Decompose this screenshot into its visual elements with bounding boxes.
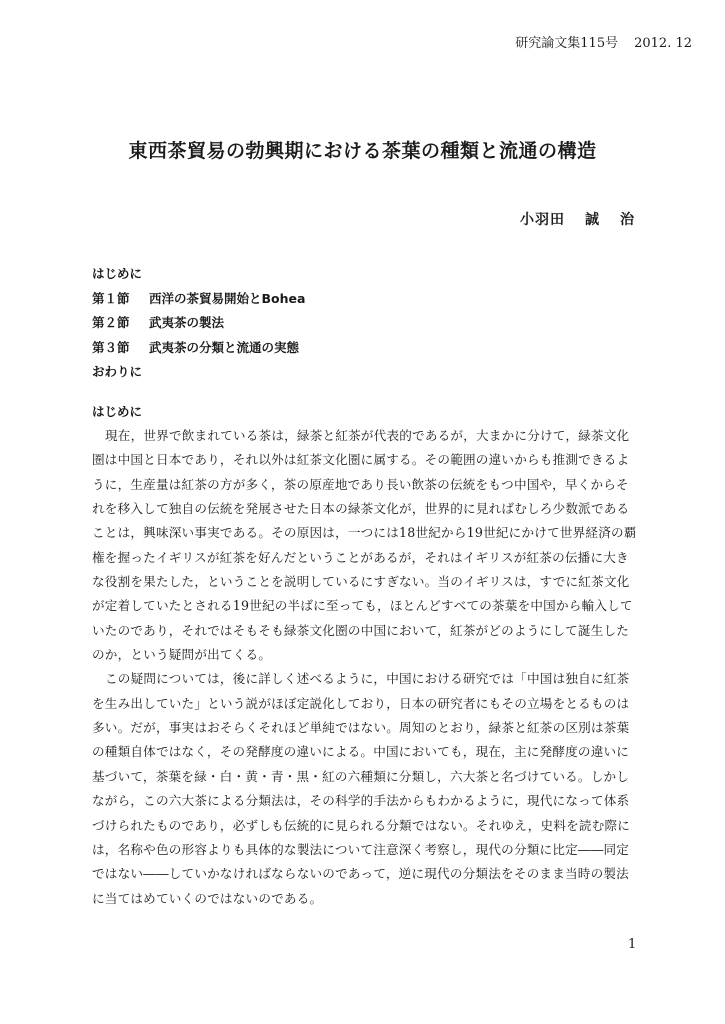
toc-item-section-3: 第３節武夷茶の分類と流通の実態 bbox=[92, 336, 305, 361]
paragraph-line: ではない――していかなければならないのであって，逆に現代の分類法をそのまま当時の… bbox=[92, 862, 637, 886]
paragraph-line: を生み出していた」という説がほぼ定説化しており，日本の研究者にもその立場をとるも… bbox=[92, 692, 637, 716]
toc-label: おわりに bbox=[92, 364, 142, 379]
paragraph-line: 権を握ったイギリスが紅茶を好んだということがあるが，それはイギリスが紅茶の伝播に… bbox=[92, 546, 637, 570]
paragraph-line: 基づいて，茶葉を緑・白・黄・青・黒・紅の六種類に分類し，六大茶と名づけている。し… bbox=[92, 765, 637, 789]
paragraph-line: のか，という疑問が出てくる。 bbox=[92, 643, 637, 667]
toc-number: 第１節 bbox=[92, 287, 149, 312]
toc-item-intro: はじめに bbox=[92, 262, 305, 287]
author-given-2: 治 bbox=[620, 212, 635, 228]
paragraph-line: ことは，興味深い事実である。その原因は，一つには18世紀から19世紀にかけて世界… bbox=[92, 521, 637, 545]
toc-label: 武夷茶の製法 bbox=[149, 315, 224, 330]
paragraph-line: が定着していたとされる19世紀の半ばに至っても，ほとんどすべての茶葉を中国から輸… bbox=[92, 594, 637, 618]
table-of-contents: はじめに 第１節西洋の茶貿易開始とBohea 第２節武夷茶の製法 第３節武夷茶の… bbox=[92, 262, 305, 385]
paragraph-line: の種類自体ではなく，その発酵度の違いによる。中国においても，現在，主に発酵度の違… bbox=[92, 740, 637, 764]
toc-label: 武夷茶の分類と流通の実態 bbox=[149, 340, 299, 355]
toc-number: 第３節 bbox=[92, 336, 149, 361]
author-surname: 小羽田 bbox=[520, 212, 565, 228]
paragraph-line: ながら，この六大茶による分類法は，その科学的手法からもわかるように，現代になって… bbox=[92, 789, 637, 813]
toc-item-section-2: 第２節武夷茶の製法 bbox=[92, 311, 305, 336]
section-heading-intro: はじめに bbox=[92, 402, 142, 420]
paragraph-line: 現在，世界で飲まれている茶は，緑茶と紅茶が代表的であるが，大まかに分けて，緑茶文… bbox=[92, 424, 637, 448]
author-name: 小羽田誠治 bbox=[520, 209, 635, 229]
paragraph-line: いたのであり，それではそもそも緑茶文化圏の中国において，紅茶がどのようにして誕生… bbox=[92, 619, 637, 643]
paragraph-line: づけられたものであり，必ずしも伝統的に見られる分類ではない。それゆえ，史料を読む… bbox=[92, 814, 637, 838]
journal-name: 研究論文集115号 bbox=[515, 36, 618, 51]
paragraph-line: は，名称や色の形容よりも具体的な製法について注意深く考察し，現代の分類に比定――… bbox=[92, 838, 637, 862]
paragraph-line: この疑問については，後に詳しく述べるように，中国における研究では「中国は独自に紅… bbox=[92, 667, 637, 691]
author-given-1: 誠 bbox=[585, 212, 600, 228]
paragraph-line: に当てはめていくのではないのである。 bbox=[92, 887, 637, 911]
body-text: 現在，世界で飲まれている茶は，緑茶と紅茶が代表的であるが，大まかに分けて，緑茶文… bbox=[92, 424, 637, 911]
paragraph-line: 圏は中国と日本であり，それ以外は紅茶文化圏に属する。その範囲の違いからも推測でき… bbox=[92, 448, 637, 472]
paper-title: 東西茶貿易の勃興期における茶葉の種類と流通の構造 bbox=[0, 136, 725, 163]
paragraph-line: な役割を果たした，ということを説明しているにすぎない。当のイギリスは，すでに紅茶… bbox=[92, 570, 637, 594]
toc-label: はじめに bbox=[92, 266, 142, 281]
paper-page: 研究論文集115号2012. 12 東西茶貿易の勃興期における茶葉の種類と流通の… bbox=[0, 0, 725, 1024]
toc-number: 第２節 bbox=[92, 311, 149, 336]
issue-date: 2012. 12 bbox=[634, 36, 692, 51]
paragraph-line: 多い。だが，事実はおそらくそれほど単純ではない。周知のとおり，緑茶と紅茶の区別は… bbox=[92, 716, 637, 740]
paragraph-line: れを移入して独自の伝統を発展させた日本の緑茶文化が，世界的に見ればむしろ少数派で… bbox=[92, 497, 637, 521]
paragraph-line: うに，生産量は紅茶の方が多く，茶の原産地であり長い飲茶の伝統をもつ中国や，早くか… bbox=[92, 473, 637, 497]
toc-item-conclusion: おわりに bbox=[92, 360, 305, 385]
toc-item-section-1: 第１節西洋の茶貿易開始とBohea bbox=[92, 287, 305, 312]
toc-label: 西洋の茶貿易開始とBohea bbox=[149, 291, 305, 306]
page-number: 1 bbox=[628, 937, 636, 952]
journal-header: 研究論文集115号2012. 12 bbox=[515, 32, 692, 51]
